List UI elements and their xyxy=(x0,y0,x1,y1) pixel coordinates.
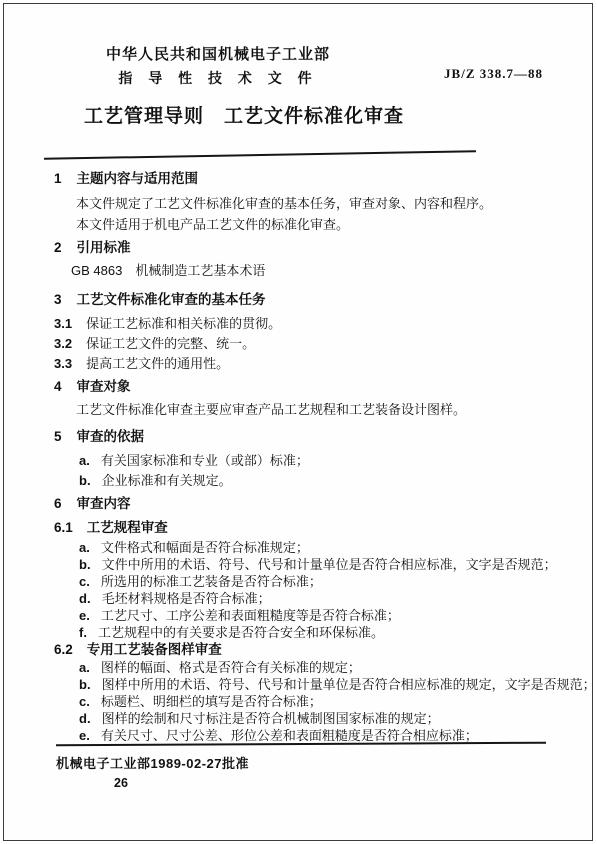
section-title: 审查内容 xyxy=(77,496,131,511)
section-number: 6 xyxy=(54,496,62,512)
approval-note: 机械电子工业部1989-02-27批准 xyxy=(56,753,249,772)
subsection-title: 工艺规程审查 xyxy=(87,520,168,535)
referenced-standard: GB 4863 机械制造工艺基本术语 xyxy=(71,263,543,279)
item-letter: a. xyxy=(79,540,90,556)
section-number: 2 xyxy=(54,240,62,256)
section-5-heading: 5审查的依据 xyxy=(54,429,543,445)
standard-number: JB/Z 338.7—88 xyxy=(444,66,543,82)
item-letter: b. xyxy=(79,677,91,693)
section-number: 5 xyxy=(54,429,62,445)
item-text: 企业标准和有关规定。 xyxy=(102,473,232,488)
clause-number: 3.3 xyxy=(54,356,72,372)
section-1-heading: 1主题内容与适用范围 xyxy=(54,171,543,187)
list-item: a.图样的幅面、格式是否符合有关标准的规定； xyxy=(54,660,543,676)
list-item: e.工艺尺寸、工序公差和表面粗糙度等是否符合标准； xyxy=(54,608,543,624)
list-item: d.图样的绘制和尺寸标注是否符合机械制图国家标准的规定； xyxy=(54,711,543,727)
item-text: 工艺尺寸、工序公差和表面粗糙度等是否符合标准； xyxy=(101,608,400,623)
item-text: 工艺规程中的有关要求是否符合安全和环保标准。 xyxy=(98,625,384,640)
page-number: 26 xyxy=(114,776,128,790)
section-4-heading: 4审查对象 xyxy=(54,379,543,395)
subsection-number: 6.1 xyxy=(54,520,73,536)
issuing-authority: 中华人民共和国机械电子工业部 指 导 性 技 术 文 件 xyxy=(106,46,330,86)
item-text: 有关国家标准和专业（或部）标准； xyxy=(101,453,309,468)
item-letter: e. xyxy=(79,608,90,624)
section-number: 4 xyxy=(54,379,62,395)
document-title: 工艺管理导则 工艺文件标准化审查 xyxy=(84,105,543,129)
item-text: 图样中所用的术语、符号、代号和计量单位是否符合相应标准的规定，文字是否规范； xyxy=(102,677,596,692)
subsection-title: 专用工艺装备图样审查 xyxy=(87,642,222,657)
item-letter: c. xyxy=(79,694,90,710)
list-item: c.所选用的标准工艺装备是否符合标准； xyxy=(54,574,543,590)
item-letter: e. xyxy=(79,728,90,744)
item-text: 图样的幅面、格式是否符合有关标准的规定； xyxy=(101,660,361,675)
paragraph: 工艺文件标准化审查主要应审查产品工艺规程和工艺装备设计图样。 xyxy=(76,402,543,418)
list-item: b.文件中所用的术语、符号、代号和计量单位是否符合相应标准，文字是否规范； xyxy=(54,557,543,573)
issuer-name: 中华人民共和国机械电子工业部 xyxy=(106,46,330,63)
item-letter: b. xyxy=(79,473,91,489)
list-item: c.标题栏、明细栏的填写是否符合标准； xyxy=(54,694,543,710)
item-letter: c. xyxy=(79,574,90,590)
item-letter: a. xyxy=(79,660,90,676)
section-number: 3 xyxy=(54,292,62,308)
subsection-6-1-heading: 6.1工艺规程审查 xyxy=(54,520,543,536)
list-item: d.毛坯材料规格是否符合标准； xyxy=(54,591,543,607)
item-text: 毛坯材料规格是否符合标准； xyxy=(102,591,271,606)
clause-text: 保证工艺标准和相关标准的贯彻。 xyxy=(86,316,281,331)
section-title: 审查对象 xyxy=(77,379,131,394)
page-content: 中华人民共和国机械电子工业部 指 导 性 技 术 文 件 JB/Z 338.7—… xyxy=(54,4,543,744)
section-3-heading: 3工艺文件标准化审查的基本任务 xyxy=(54,292,543,308)
clause: 3.1保证工艺标准和相关标准的贯彻。 xyxy=(54,316,543,332)
section-title: 审查的依据 xyxy=(77,429,145,444)
item-letter: d. xyxy=(79,711,91,727)
section-6-heading: 6审查内容 xyxy=(54,496,543,512)
list-item: b.企业标准和有关规定。 xyxy=(54,473,543,489)
section-title: 引用标准 xyxy=(77,240,131,255)
document-page: 中华人民共和国机械电子工业部 指 导 性 技 术 文 件 JB/Z 338.7—… xyxy=(3,3,593,841)
item-text: 标题栏、明细栏的填写是否符合标准； xyxy=(101,694,322,709)
list-item: b.图样中所用的术语、符号、代号和计量单位是否符合相应标准的规定，文字是否规范； xyxy=(54,677,543,693)
item-letter: f. xyxy=(79,625,87,641)
section-title: 主题内容与适用范围 xyxy=(77,171,199,186)
list-item: a.有关国家标准和专业（或部）标准； xyxy=(54,453,543,469)
clause-text: 保证工艺文件的完整、统一。 xyxy=(86,336,255,351)
clause: 3.3提高工艺文件的通用性。 xyxy=(54,356,543,372)
paragraph: 本文件适用于机电产品工艺文件的标准化审查。 xyxy=(76,217,543,233)
item-text: 所选用的标准工艺装备是否符合标准； xyxy=(101,574,322,589)
item-letter: a. xyxy=(79,453,90,469)
paragraph: 本文件规定了工艺文件标准化审查的基本任务，审查对象、内容和程序。 xyxy=(76,196,543,212)
item-text: 文件格式和幅面是否符合标准规定； xyxy=(101,540,309,555)
item-text: 文件中所用的术语、符号、代号和计量单位是否符合相应标准，文字是否规范； xyxy=(102,557,557,572)
item-text: 有关尺寸、尺寸公差、形位公差和表面粗糙度是否符合相应标准； xyxy=(101,728,478,743)
clause: 3.2保证工艺文件的完整、统一。 xyxy=(54,336,543,352)
clause-number: 3.1 xyxy=(54,316,72,332)
section-title: 工艺文件标准化审查的基本任务 xyxy=(77,292,266,307)
subsection-number: 6.2 xyxy=(54,642,73,658)
list-item: f.工艺规程中的有关要求是否符合安全和环保标准。 xyxy=(54,625,543,641)
item-letter: d. xyxy=(79,591,91,607)
document-header: 中华人民共和国机械电子工业部 指 导 性 技 术 文 件 JB/Z 338.7—… xyxy=(54,4,543,88)
item-letter: b. xyxy=(79,557,91,573)
document-type: 指 导 性 技 术 文 件 xyxy=(106,70,330,86)
subsection-6-2-heading: 6.2专用工艺装备图样审查 xyxy=(54,642,543,658)
section-2-heading: 2引用标准 xyxy=(54,240,543,256)
section-number: 1 xyxy=(54,171,62,187)
item-text: 图样的绘制和尺寸标注是否符合机械制图国家标准的规定； xyxy=(102,711,440,726)
list-item: a.文件格式和幅面是否符合标准规定； xyxy=(54,540,543,556)
clause-number: 3.2 xyxy=(54,336,72,352)
clause-text: 提高工艺文件的通用性。 xyxy=(86,356,229,371)
